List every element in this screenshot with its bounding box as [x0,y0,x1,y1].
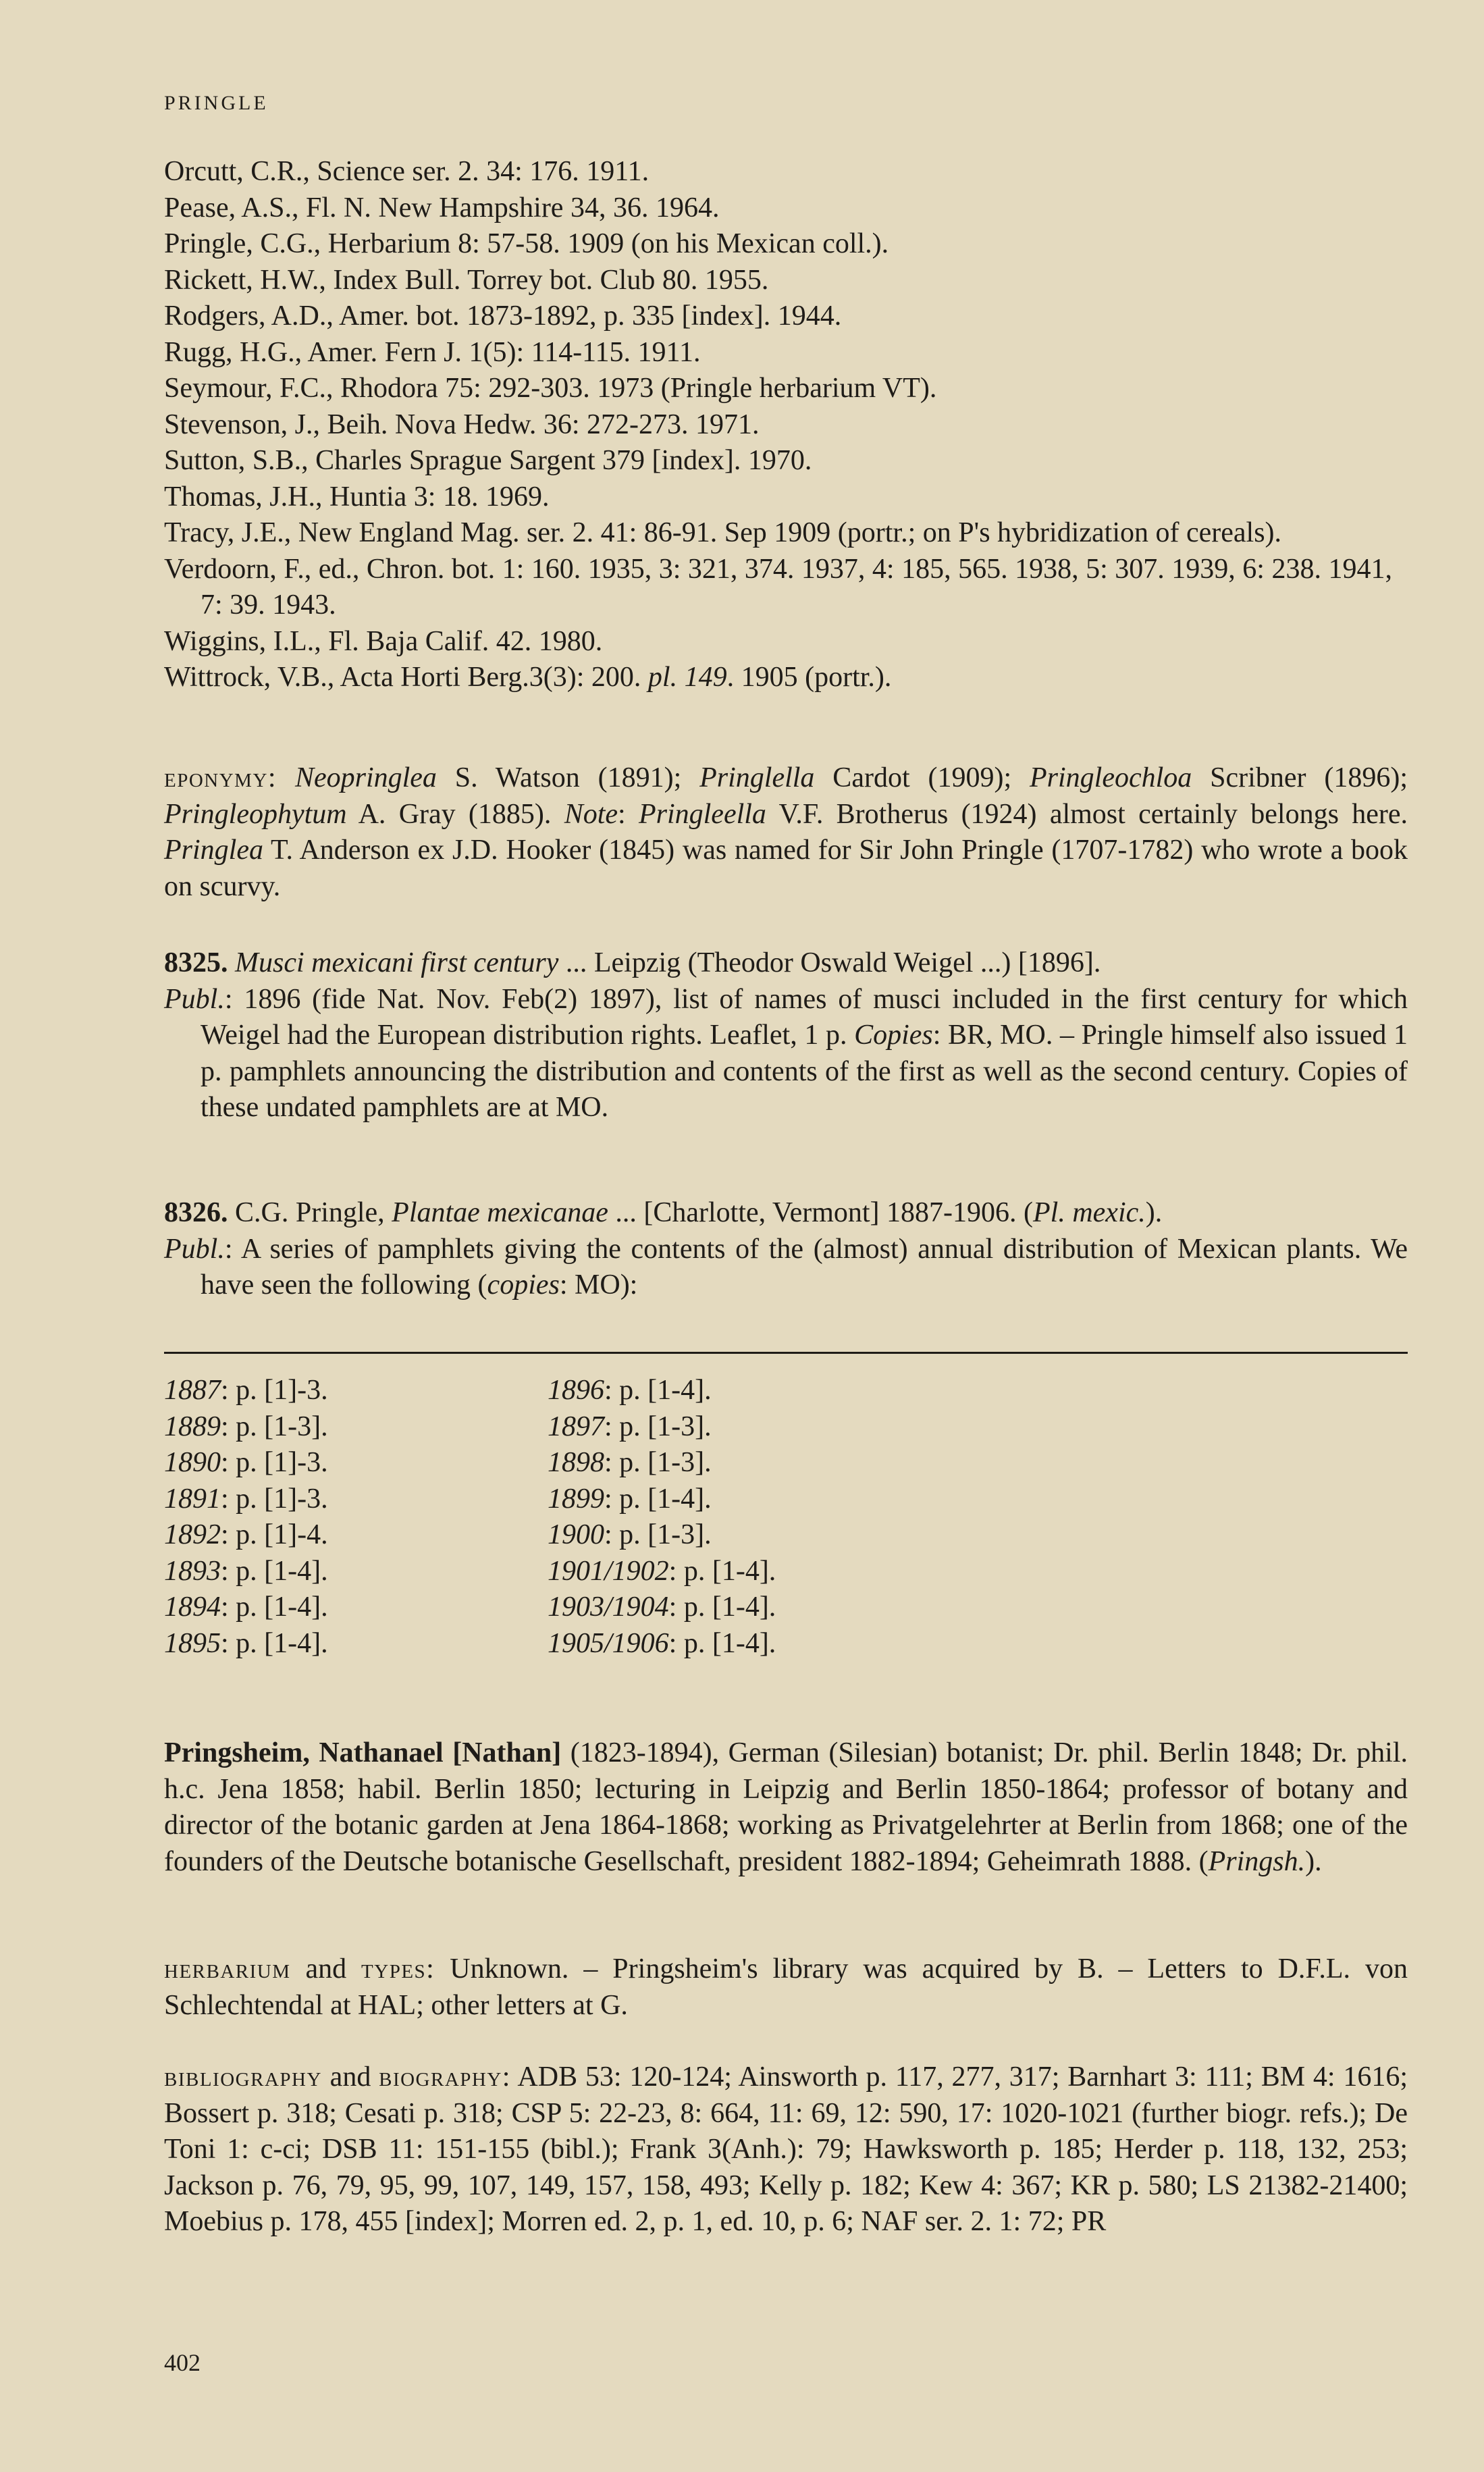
entry-number: 8326. [164,1197,228,1228]
page-number: 402 [164,2348,201,2377]
reference-list: Orcutt, C.R., Science ser. 2. 34: 176. 1… [164,154,1408,696]
distribution-item: 1903/1904: p. [1-4]. [548,1589,776,1626]
reference-item: Seymour, F.C., Rhodora 75: 292-303. 1973… [164,371,1408,407]
bibliography-paragraph: Bibliography and Biography: ADB 53: 120-… [164,2059,1408,2240]
entry-title: Plantae mexicanae [392,1197,608,1228]
distribution-item: 1898: p. [1-3]. [548,1445,776,1481]
distribution-item: 1894: p. [1-4]. [164,1589,328,1626]
reference-item: Rugg, H.G., Amer. Fern J. 1(5): 114-115.… [164,335,1408,371]
bibliography-label: Bibliography [164,2061,322,2093]
reference-item: Rickett, H.W., Index Bull. Torrey bot. C… [164,263,1408,299]
reference-item: Pease, A.S., Fl. N. New Hampshire 34, 36… [164,190,1408,227]
reference-item: Orcutt, C.R., Science ser. 2. 34: 176. 1… [164,154,1408,190]
distribution-item: 1891: p. [1]-3. [164,1481,328,1518]
distribution-item: 1895: p. [1-4]. [164,1626,328,1662]
distribution-column-2: 1896: p. [1-4]. 1897: p. [1-3]. 1898: p.… [548,1373,776,1662]
pringsheim-entry: Pringsheim, Nathanael [Nathan] (1823-189… [164,1735,1408,1880]
distribution-item: 1897: p. [1-3]. [548,1409,776,1446]
reference-item: Pringle, C.G., Herbarium 8: 57-58. 1909 … [164,226,1408,263]
herbarium-paragraph: Herbarium and Types: Unknown. – Pringshe… [164,1951,1408,2024]
entry-8326: 8326. C.G. Pringle, Plantae mexicanae ..… [164,1195,1408,1304]
distribution-column-1: 1887: p. [1]-3. 1889: p. [1-3]. 1890: p.… [164,1373,328,1662]
distribution-item: 1901/1902: p. [1-4]. [548,1554,776,1590]
distribution-item: 1900: p. [1-3]. [548,1517,776,1554]
plate-label: pl. [648,662,677,693]
reference-item: Verdoorn, F., ed., Chron. bot. 1: 160. 1… [164,552,1408,624]
reference-item-wittrock: Wittrock, V.B., Acta Horti Berg.3(3): 20… [164,660,1408,696]
entry-8326-heading: 8326. C.G. Pringle, Plantae mexicanae ..… [164,1195,1408,1232]
distribution-item: 1899: p. [1-4]. [548,1481,776,1518]
herbarium-label: Herbarium [164,1953,291,1984]
reference-item: Sutton, S.B., Charles Sprague Sargent 37… [164,443,1408,479]
eponymy-paragraph: Eponymy: Neopringlea S. Watson (1891); P… [164,760,1408,905]
entry-8325-heading: 8325. Musci mexicani first century ... L… [164,945,1408,982]
reference-item: Stevenson, J., Beih. Nova Hedw. 36: 272-… [164,407,1408,444]
reference-item: Rodgers, A.D., Amer. bot. 1873-1892, p. … [164,298,1408,335]
biography-label: Biography: [379,2061,511,2093]
distribution-item: 1892: p. [1]-4. [164,1517,328,1554]
running-head: PRINGLE [164,92,269,115]
reference-item: Thomas, J.H., Huntia 3: 18. 1969. [164,479,1408,516]
distribution-item: 1889: p. [1-3]. [164,1409,328,1446]
types-label: Types: [361,1953,435,1984]
entry-8325-publication: Publ.: 1896 (fide Nat. Nov. Feb(2) 1897)… [164,982,1408,1126]
distribution-item: 1905/1906: p. [1-4]. [548,1626,776,1662]
reference-item: Tracy, J.E., New England Mag. ser. 2. 41… [164,515,1408,552]
pringsheim-name: Pringsheim, Nathanael [Nathan] [164,1737,561,1768]
reference-item: Wiggins, I.L., Fl. Baja Calif. 42. 1980. [164,624,1408,660]
entry-8325: 8325. Musci mexicani first century ... L… [164,945,1408,1126]
eponymy-label: Eponymy: [164,762,277,793]
distribution-item: 1887: p. [1]-3. [164,1373,328,1409]
distribution-item: 1890: p. [1]-3. [164,1445,328,1481]
entry-number: 8325. [164,947,228,978]
distribution-item: 1896: p. [1-4]. [548,1373,776,1409]
entry-8326-publication: Publ.: A series of pamphlets giving the … [164,1232,1408,1304]
entry-title: Musci mexicani first century [235,947,558,978]
distribution-item: 1893: p. [1-4]. [164,1554,328,1590]
horizontal-rule [164,1352,1408,1354]
